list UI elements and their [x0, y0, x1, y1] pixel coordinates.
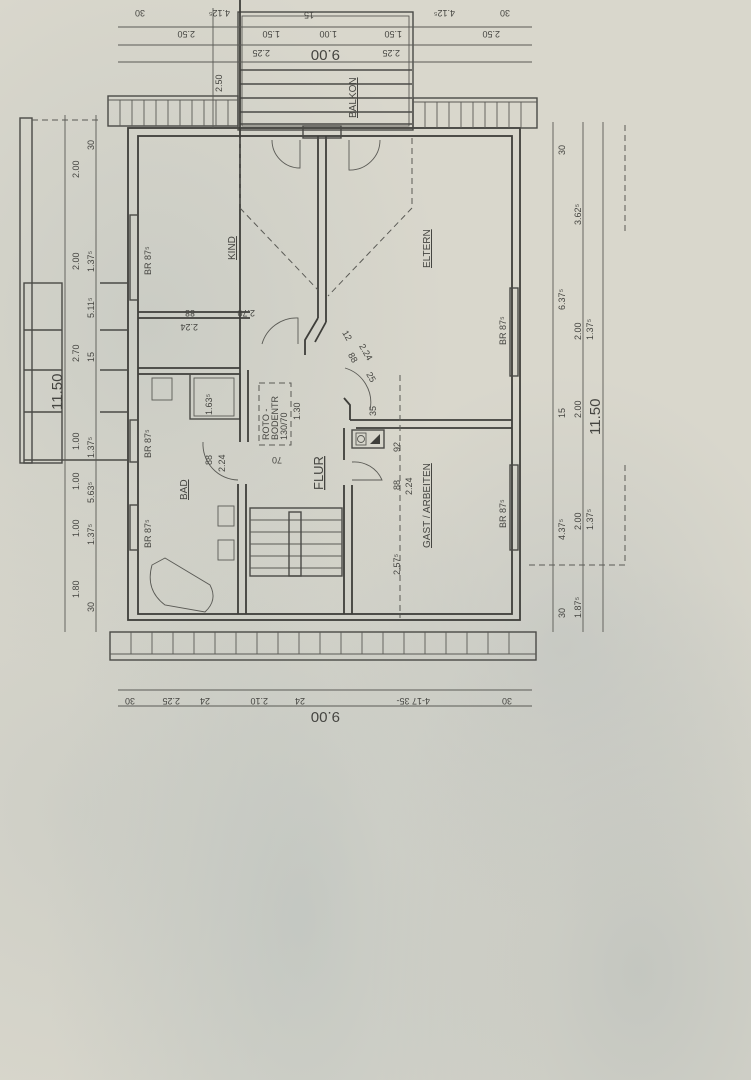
dim-top-15: 15: [304, 10, 314, 20]
dim-bot-30a: 30: [125, 696, 135, 706]
door-eltern-width: 88: [346, 351, 360, 365]
dim-balkon-depth: 2.50: [214, 74, 224, 92]
dim-top-225b: 2.25: [252, 48, 270, 58]
dim-left-200b: 2.00: [71, 252, 81, 270]
door-bad-height: 2.24: [217, 454, 227, 472]
dim-top-30b: 30: [135, 8, 145, 18]
door-kind-height: 2.24: [180, 322, 198, 332]
roto-height: 1.30: [292, 402, 302, 420]
dim-left-5635: 5.63⁵: [86, 481, 96, 503]
window-label-eltern: BR 87⁵: [498, 316, 508, 345]
window-label-bad-2: BR 87⁵: [143, 519, 153, 548]
door-eltern-25: 25: [364, 370, 378, 384]
dim-kind-270: 2.70: [237, 308, 255, 318]
dim-left-1375c: 1.37⁵: [86, 523, 96, 545]
door-gast-width: 88: [392, 480, 402, 490]
dim-bot-210: 2.10: [250, 696, 268, 706]
room-label-bad: BAD: [179, 479, 190, 500]
dim-left-1375a: 1.37⁵: [86, 250, 96, 272]
gast-92: 92: [392, 442, 402, 452]
dim-bot-24a: 24: [200, 696, 210, 706]
dim-top-4125a: 4.12⁵: [433, 8, 455, 18]
room-label-eltern: ELTERN: [422, 229, 433, 268]
dim-bot-225: 2.25: [162, 696, 180, 706]
dim-left-30a: 30: [86, 140, 96, 150]
dim-right-1375a: 1.37⁵: [585, 318, 595, 340]
dim-top-100: 1.00: [319, 29, 337, 39]
dim-right-6375: 6.37⁵: [557, 288, 567, 310]
window-label-bad-1: BR 87⁵: [143, 429, 153, 458]
dim-left-30b: 30: [86, 602, 96, 612]
dim-top-225a: 2.25: [382, 48, 400, 58]
dim-right-30b: 30: [557, 608, 567, 618]
dim-top-250b: 2.50: [177, 29, 195, 39]
room-label-gast-arbeiten: GAST / ARBEITEN: [422, 463, 433, 548]
dim-bot-24b: 24: [295, 696, 305, 706]
dim-left-100b: 1.00: [71, 472, 81, 490]
dim-top-150a: 1.50: [384, 29, 402, 39]
room-label-flur: FLUR: [311, 456, 326, 490]
dim-right-1875: 1.87⁵: [573, 596, 583, 618]
room-label-balkon: BALKON: [348, 77, 359, 118]
window-label-kind: BR 87⁵: [143, 246, 153, 275]
dim-top-30a: 30: [500, 8, 510, 18]
doors: [150, 140, 382, 612]
door-kind-width: 88: [185, 308, 195, 318]
dim-left-total: 11.50: [49, 374, 66, 410]
dim-top-total: 9.00: [311, 46, 340, 63]
bottom-eaves: [110, 632, 536, 660]
dim-right-3625: 3.62⁵: [573, 203, 583, 225]
dim-right-15: 15: [557, 408, 567, 418]
dim-bot-30b: 30: [502, 696, 512, 706]
dim-top-250a: 2.50: [482, 29, 500, 39]
dim-left-180: 1.80: [71, 580, 81, 598]
dim-left-15: 15: [86, 352, 96, 362]
room-label-kind: KIND: [227, 236, 238, 260]
dim-top-150b: 1.50: [262, 29, 280, 39]
gast-depth: 2.57⁵: [392, 553, 402, 575]
window-label-gast: BR 87⁵: [498, 499, 508, 528]
door-gast-height: 2.24: [404, 477, 414, 495]
dim-right-200c: 2.00: [573, 512, 583, 530]
roto-width: 70: [272, 455, 282, 465]
dim-right-1375b: 1.37⁵: [585, 508, 595, 530]
roto-label-3: 130/70: [279, 412, 289, 440]
door-bad-width: 88: [204, 455, 214, 465]
dim-bot-total: 9.00: [311, 708, 340, 725]
dim-bot-41735: 4-17 35-: [396, 696, 430, 706]
flur-35: 35: [368, 406, 378, 416]
dim-right-30a: 30: [557, 145, 567, 155]
door-eltern-12: 12: [340, 329, 354, 343]
dim-right-200a: 2.00: [573, 322, 583, 340]
interior-walls: [138, 0, 512, 614]
dim-left-5115: 5.11⁵: [86, 297, 96, 318]
dim-left-100c: 1.00: [71, 519, 81, 537]
dim-left-1375b: 1.37⁵: [86, 436, 96, 458]
dim-left-100a: 1.00: [71, 432, 81, 450]
dim-right-200b: 2.00: [573, 400, 583, 418]
dim-left-200a: 2.00: [71, 160, 81, 178]
dim-left-270: 2.70: [71, 344, 81, 362]
dim-top-4125b: 4.12⁵: [208, 8, 230, 18]
dim-right-4375: 4.37⁵: [557, 518, 567, 540]
bad-cabinet-dim: 1.63⁵: [204, 393, 214, 415]
dim-right-total: 11.50: [587, 399, 604, 435]
floor-plan: 2.25 9.00 2.25 2.50 1.50 1.00 1.50 2.50 …: [0, 0, 751, 1080]
